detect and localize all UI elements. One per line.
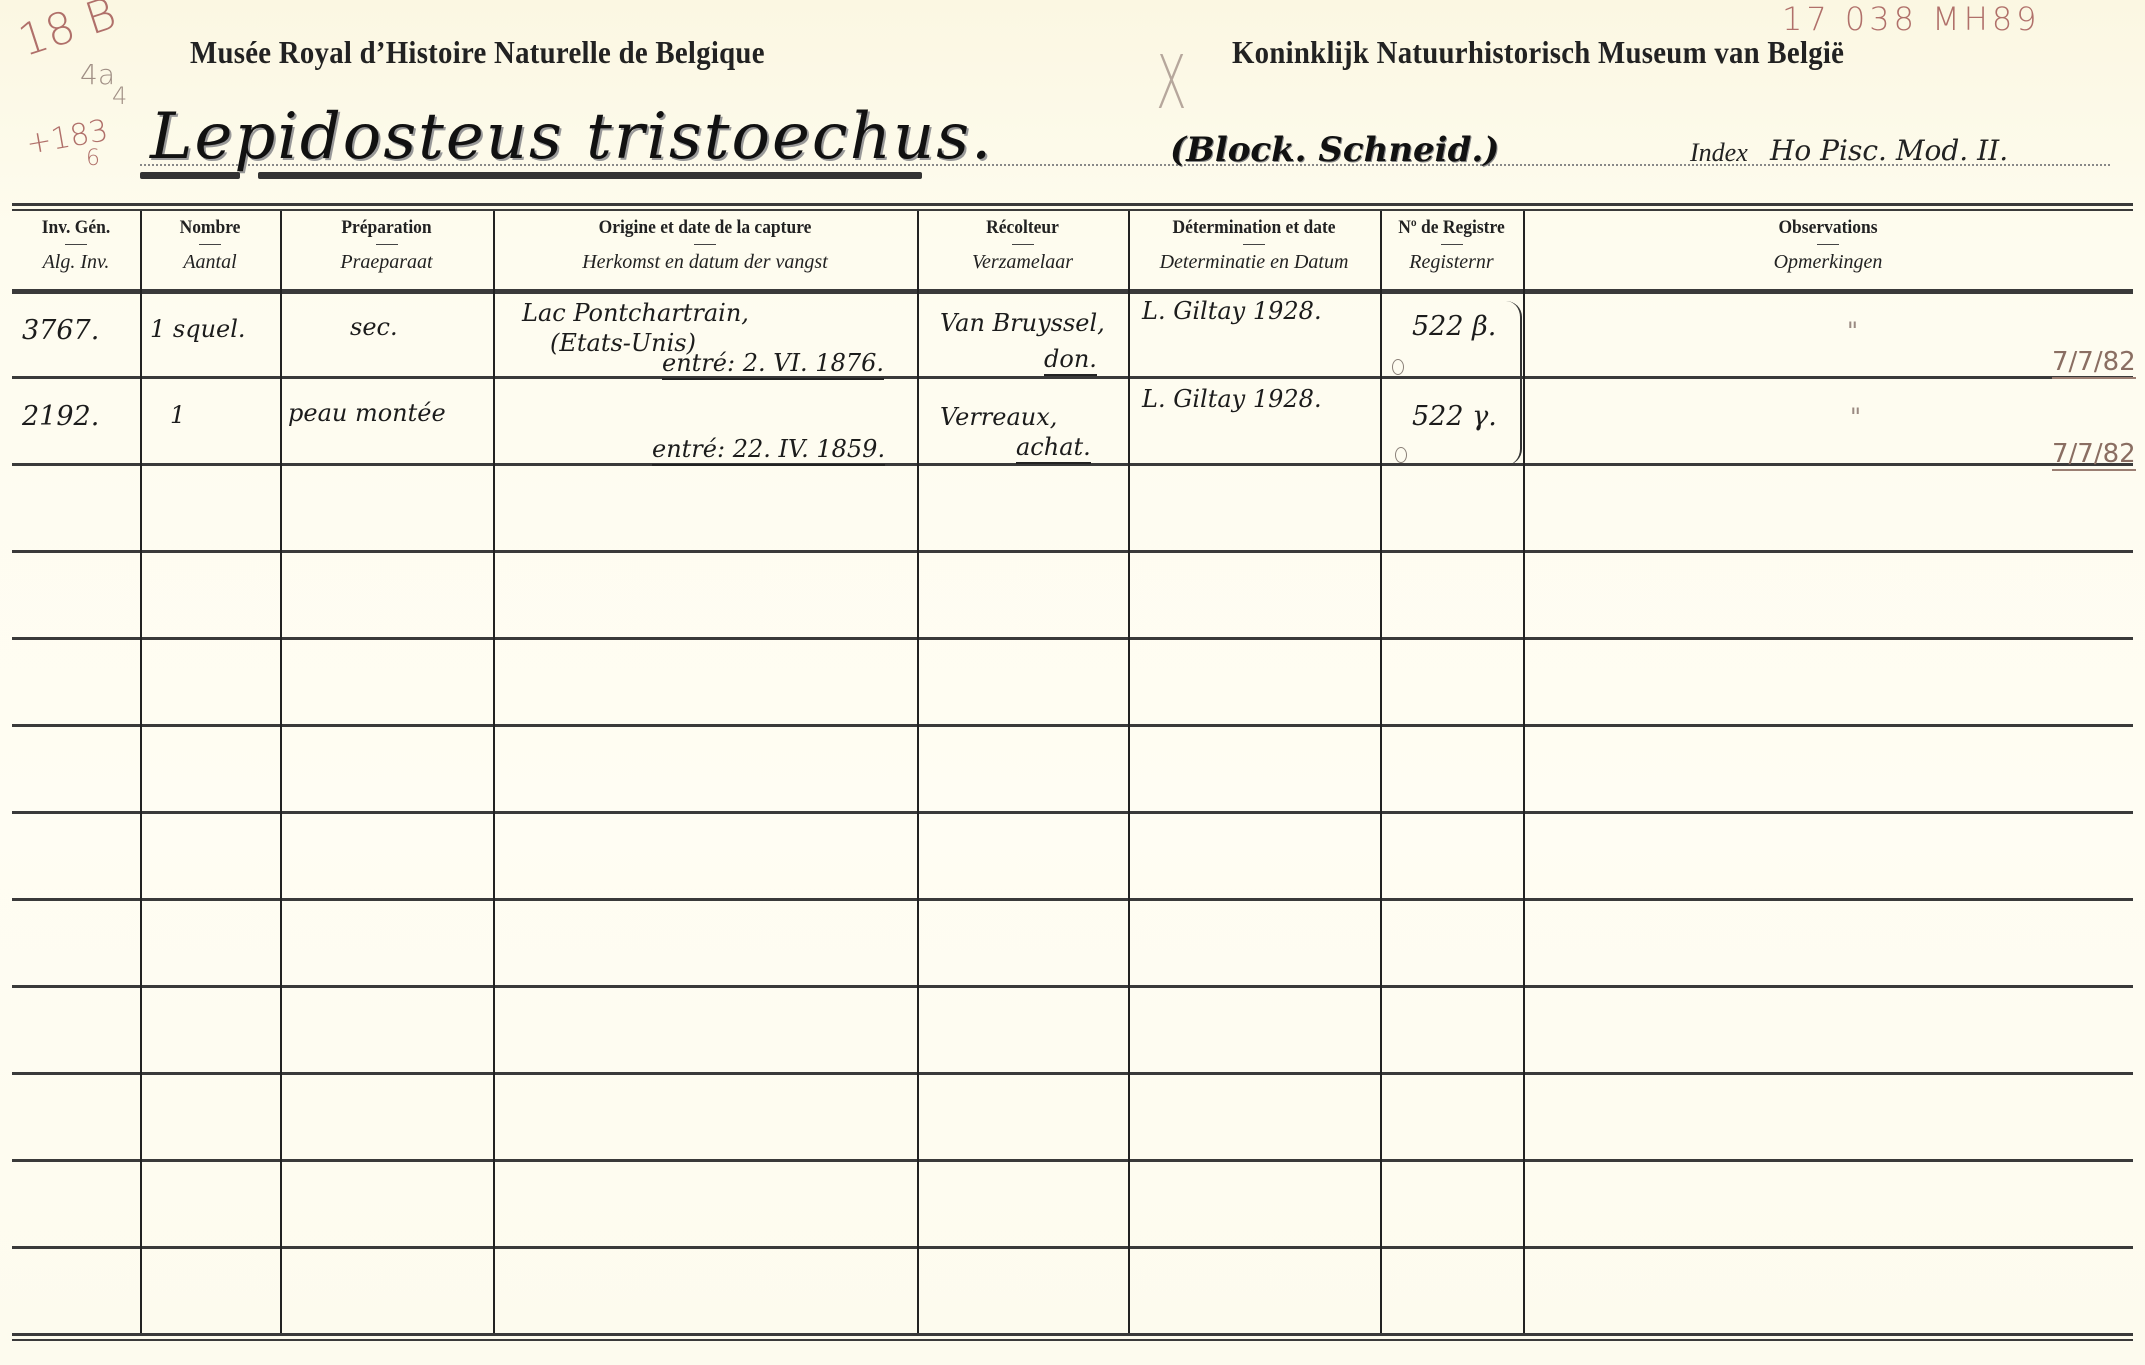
column-header-nl: Determinatie en Datum — [1128, 251, 1380, 274]
column-header-fr: Origine et date de la capture — [510, 217, 900, 239]
column-header-nl: Herkomst en datum der vangst — [493, 251, 917, 274]
column-header-nl: Praeparaat — [280, 251, 493, 274]
column-divider — [140, 211, 142, 1333]
column-header-nl: Alg. Inv. — [12, 251, 140, 274]
inv-number: 2192. — [22, 401, 99, 432]
preparation: peau montée — [288, 399, 446, 427]
index-label: Index — [1690, 138, 1748, 168]
pencil-note-4: 4 — [112, 82, 127, 110]
column-header-nombre: Nombre Aantal — [140, 217, 280, 274]
column-header-fr: Nombre — [146, 217, 275, 239]
acquisition-type: don. — [1044, 345, 1097, 376]
museum-name-french: Musée Royal d’Histoire Naturelle de Belg… — [190, 34, 765, 71]
collector-name: Van Bruyssel, — [940, 309, 1105, 337]
museum-name-dutch: Koninklijk Natuurhistorisch Museum van B… — [1232, 34, 1844, 71]
column-header-nl: Registernr — [1380, 251, 1523, 274]
column-divider — [280, 211, 282, 1333]
column-header-observations: Observations Opmerkingen — [1523, 217, 2133, 274]
specimen-count: 1 squel. — [150, 315, 246, 343]
column-header-fr: Observations — [1547, 217, 2108, 239]
column-header-nl: Verzamelaar — [917, 251, 1128, 274]
header-dash — [199, 244, 221, 245]
row-rule — [12, 985, 2133, 988]
column-header-fr: Inv. Gén. — [17, 217, 135, 239]
column-divider — [493, 211, 495, 1333]
specimen-index-card: 18 B 4a 4 +183 6 17 038 MH89 X Musée Roy… — [0, 0, 2145, 1365]
column-divider — [1128, 211, 1130, 1333]
column-header-nl: Aantal — [140, 251, 280, 274]
column-header-preparation: Préparation Praeparaat — [280, 217, 493, 274]
column-divider — [1523, 211, 1525, 1333]
header-dash — [376, 244, 398, 245]
acquisition-type: achat. — [1016, 433, 1091, 464]
row-rule — [12, 1072, 2133, 1075]
entry-date: entré: 2. VI. 1876. — [662, 349, 884, 380]
table-top-rule — [12, 203, 2133, 211]
collector-name: Verreaux, — [940, 403, 1057, 431]
row-rule — [12, 724, 2133, 727]
register-number: 522 β. — [1412, 311, 1496, 342]
column-header-inv: Inv. Gén. Alg. Inv. — [12, 217, 140, 274]
column-header-nl: Opmerkingen — [1523, 251, 2133, 274]
header-dash — [65, 244, 87, 245]
species-underline — [140, 172, 240, 179]
origin-locality: Lac Pontchartrain, — [522, 299, 749, 327]
row-rule — [12, 550, 2133, 553]
ditto-mark: " — [1847, 317, 1858, 345]
row-rule — [12, 637, 2133, 640]
column-header-determination: Détermination et date Determinatie en Da… — [1128, 217, 1380, 274]
row-rule — [12, 811, 2133, 814]
determination: L. Giltay 1928. — [1142, 297, 1322, 325]
column-header-fr: Préparation — [289, 217, 485, 239]
pencil-x-mark: X — [1156, 40, 1186, 126]
row-rule — [12, 1159, 2133, 1162]
pencil-note-4a: 4a — [80, 58, 115, 91]
specimen-count: 1 — [170, 401, 185, 429]
header-dash — [1243, 244, 1265, 245]
pencil-circle-mark — [1392, 359, 1404, 375]
column-divider — [1380, 211, 1382, 1333]
inv-number: 3767. — [22, 315, 99, 346]
preparation: sec. — [350, 313, 398, 341]
observation-date: 7/7/82 — [2052, 347, 2136, 379]
header-dash — [1817, 244, 1839, 245]
pencil-bracket — [1506, 301, 1522, 465]
row-rule — [12, 376, 2133, 379]
species-name: Lepidosteus tristoechus. — [150, 100, 993, 174]
header-dash — [694, 244, 716, 245]
pencil-note-6: 6 — [86, 146, 100, 171]
pencil-note-accession: 17 038 MH89 — [1782, 0, 2041, 38]
species-underline — [258, 172, 922, 179]
pencil-circle-mark — [1395, 447, 1407, 463]
row-rule — [12, 1246, 2133, 1249]
register-number: 522 γ. — [1412, 401, 1497, 432]
column-header-fr: Nº de Registre — [1386, 217, 1518, 239]
column-divider — [917, 211, 919, 1333]
observation-date: 7/7/82 — [2052, 439, 2136, 471]
column-header-fr: Détermination et date — [1138, 217, 1370, 239]
ditto-mark: " — [1850, 403, 1861, 431]
header-bottom-rule — [12, 289, 2133, 294]
header-dash — [1441, 244, 1463, 245]
column-header-recolteur: Récolteur Verzamelaar — [917, 217, 1128, 274]
entry-date: entré: 22. IV. 1859. — [652, 435, 885, 466]
pencil-note-catalog: 18 B — [13, 0, 123, 67]
column-header-fr: Récolteur — [925, 217, 1119, 239]
header-dash — [1012, 244, 1034, 245]
column-header-origine: Origine et date de la capture Herkomst e… — [493, 217, 917, 274]
species-author: (Block. Schneid.) — [1170, 130, 1499, 170]
index-value: Ho Pisc. Mod. II. — [1770, 134, 2008, 167]
row-rule — [12, 898, 2133, 901]
column-header-registre: Nº de Registre Registernr — [1380, 217, 1523, 274]
determination: L. Giltay 1928. — [1142, 385, 1322, 413]
table-bottom-rule — [12, 1333, 2133, 1341]
